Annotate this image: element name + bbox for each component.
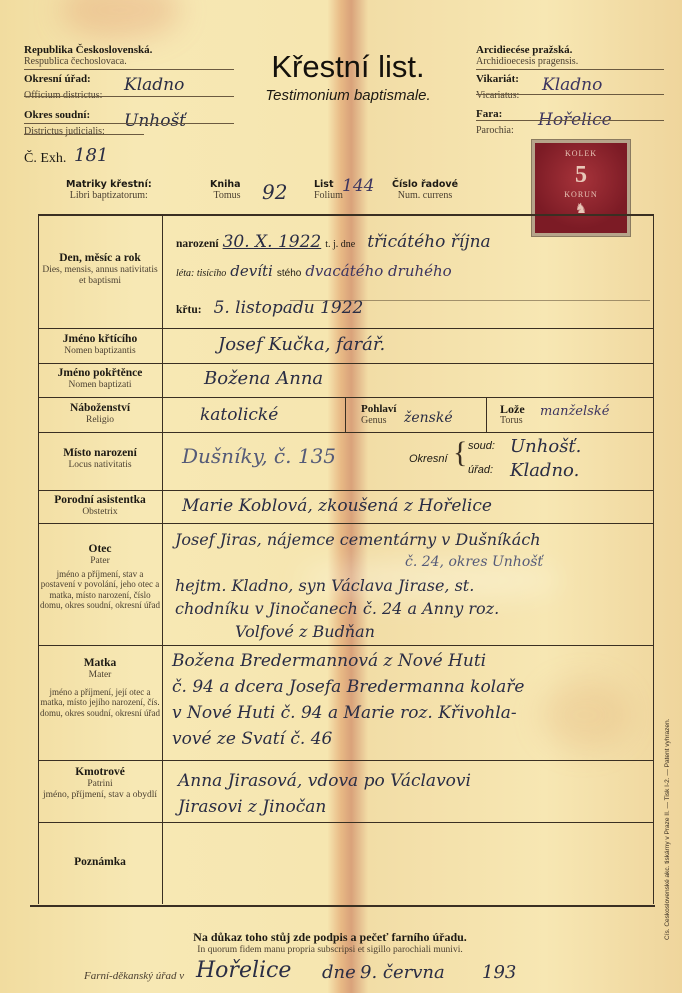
vicariate-label-latin: Vicariatus: [476, 90, 519, 101]
baptism-value: 5. listopadu 1922 [214, 298, 364, 318]
mother-value: Božena Bredermannová z Nové Huti č. 94 a… [172, 648, 652, 752]
table-column-divider [162, 214, 163, 904]
year-value-a: devíti [230, 262, 273, 280]
midwife-label-cz: Porodní asistentka [40, 494, 160, 507]
midwife-value: Marie Koblová, zkoušená z Hořelice [182, 496, 492, 516]
birthplace-value: Dušníky, č. 135 [182, 444, 336, 468]
parish-office-label: Farní-děkanský úřad v [84, 970, 184, 982]
mother-label-cz: Matka [40, 657, 160, 670]
court-district-label-latin: Districtus judicialis: [24, 126, 105, 137]
registry-label-latin: Libri baptizatorum: [66, 190, 152, 201]
header-right: Arcidiecése pražská. Archidioecesis prag… [476, 44, 664, 138]
mother-row-label: Matka Mater jméno a příjmení, její otec … [40, 657, 160, 718]
district-office-value: Kladno [124, 75, 184, 95]
baptism-label: křtu: [176, 304, 202, 316]
date-label-latin: Dies, mensis, annus nativitatis et bapti… [40, 265, 160, 286]
father-label-desc: jméno a příjmení, stav a postavení v pov… [40, 569, 160, 611]
number-label-latin: Num. currens [392, 190, 458, 201]
godparents-row-label: Kmotrové Patrini jméno, příjmení, stav a… [40, 766, 160, 800]
book-label-latin: Tomus [210, 190, 241, 201]
godparents-line: Anna Jirasová, vdova po Václavovi [178, 768, 648, 794]
mother-line: vové ze Svatí č. 46 [172, 726, 652, 752]
table-right-border [653, 214, 654, 904]
republic-label-latin: Respublica čechoslovaca. [24, 56, 234, 67]
district-label: Okresní [409, 453, 448, 465]
godparents-label-latin: Patrini [40, 779, 160, 790]
father-label-cz: Otec [40, 543, 160, 556]
book-label: Kniha Tomus [210, 179, 241, 201]
mother-label-latin: Mater [40, 670, 160, 681]
baptized-row-label: Jméno pokřtěnce Nomen baptizati [40, 367, 160, 391]
birth-label: narození [176, 238, 219, 250]
attestation-cz: Na důkaz toho stůj zde podpis a pečeť fa… [60, 930, 600, 945]
baptizer-value: Josef Kučka, farář. [218, 334, 385, 355]
baptizer-label-cz: Jméno křtícího [40, 333, 160, 346]
baptizer-row-label: Jméno křtícího Nomen baptizantis [40, 333, 160, 357]
year-label-b: stého [277, 268, 301, 279]
signing-date-value: 9. června [360, 962, 445, 983]
parish-label-latin: Parochia: [476, 125, 514, 136]
archdiocese-label-latin: Archidioecesis pragensis. [476, 56, 664, 67]
header-left: Republika Československá. Respublica čec… [24, 44, 234, 167]
printer-imprint: Cís. Ceskoslovenské akc. tiskárny v Praz… [664, 610, 674, 940]
father-line: Josef Jiras, nájemce cementárny v Dušník… [175, 528, 650, 551]
exh-value: 181 [74, 145, 108, 166]
baptized-label-cz: Jméno pokřtěnce [40, 367, 160, 380]
book-label-cz: Kniha [210, 179, 241, 190]
baptized-label-latin: Nomen baptizati [40, 380, 160, 391]
father-line: chodníku v Jinočanech č. 24 a Anny roz. [175, 597, 650, 620]
stamp-value: 5 [535, 162, 627, 188]
birthplace-row-label: Místo narození Locus nativitatis [40, 447, 160, 471]
baptizer-label-latin: Nomen baptizantis [40, 346, 160, 357]
mother-line: č. 94 a dcera Josefa Bredermanna kolaře [172, 674, 652, 700]
father-line: Volfové z Budňan [175, 620, 650, 643]
year-value-b: dvacátého druhého [305, 262, 451, 280]
mother-label-desc: jméno a příjmení, její otec a matka, mís… [40, 687, 160, 719]
religion-row-label: Náboženství Religio [40, 402, 160, 426]
document-title: Křestní list. Testimonium baptismale. [228, 50, 468, 106]
table-left-border [38, 214, 39, 904]
signing-place-value: Hořelice [196, 958, 291, 983]
footer-attestation: Na důkaz toho stůj zde podpis a pečeť fa… [60, 930, 600, 955]
folio-value: 144 [342, 176, 374, 196]
godparents-label-desc: jméno, příjmení, stav a obydlí [40, 790, 160, 801]
father-value: Josef Jiras, nájemce cementárny v Dušník… [175, 528, 650, 643]
brace-icon: { [453, 438, 467, 468]
birthplace-label-cz: Místo narození [40, 447, 160, 460]
sex-label: Pohlaví Genus [361, 403, 396, 426]
father-line: hejtm. Kladno, syn Václava Jirase, st. [175, 574, 650, 597]
religion-label-cz: Náboženství [40, 402, 160, 415]
sex-label-latin: Genus [361, 415, 396, 426]
date-label: dne [322, 962, 356, 983]
bed-label-cz: Lože [500, 403, 525, 415]
registry-label: Matriky křestní: Libri baptizatorum: [66, 179, 152, 201]
number-label-cz: Číslo řadové [392, 179, 458, 190]
republic-label: Republika Československá. [24, 44, 234, 56]
religion-label-latin: Religio [40, 415, 160, 426]
registry-label-cz: Matriky křestní: [66, 179, 152, 190]
midwife-row-label: Porodní asistentka Obstetrix [40, 494, 160, 518]
office-label: úřad: [468, 464, 493, 476]
godparents-label-cz: Kmotrové [40, 766, 160, 779]
folio-label-latin: Folium [314, 190, 343, 201]
birthplace-label-latin: Locus nativitatis [40, 460, 160, 471]
godparents-line: Jirasovi z Jinočan [178, 794, 648, 820]
midwife-label-latin: Obstetrix [40, 507, 160, 518]
table-top-border [38, 214, 654, 216]
day-value: třicátého října [367, 232, 490, 252]
table-bottom-border [30, 905, 655, 907]
day-label: t. j. dne [325, 239, 355, 250]
sex-label-cz: Pohlaví [361, 403, 396, 415]
baptism-date-field: křtu: 5. listopadu 1922 [176, 298, 363, 318]
note-label-cz: Poznámka [40, 856, 160, 869]
mother-line: v Nové Huti č. 94 a Marie roz. Křivohla- [172, 700, 652, 726]
date-row-label: Den, měsíc a rok Dies, mensis, annus nat… [40, 252, 160, 286]
date-label-cz: Den, měsíc a rok [40, 252, 160, 265]
mother-line: Božena Bredermannová z Nové Huti [172, 648, 652, 674]
year-label-a: léta: tisícího [176, 268, 226, 279]
father-label-latin: Pater [40, 556, 160, 567]
office-value: Kladno. [510, 460, 579, 481]
printer-imprint-text: Cís. Ceskoslovenské akc. tiskárny v Praz… [664, 610, 671, 940]
bed-label-latin: Torus [500, 415, 525, 426]
court-district-value: Unhošť [124, 111, 186, 131]
note-row-label: Poznámka [40, 856, 160, 869]
title-main: Křestní list. [228, 50, 468, 84]
father-line: č. 24, okres Unhošť [175, 551, 650, 574]
folio-label: List Folium [314, 179, 343, 201]
court-label: soud: [468, 440, 495, 452]
title-sub: Testimonium baptismale. [228, 86, 468, 106]
archdiocese-label: Arcidiecése pražská. [476, 44, 664, 56]
paper-stain [60, 0, 180, 40]
birth-date-field: narození 30. X. 1922 t. j. dne třicátého… [176, 232, 491, 252]
bed-value: manželské [540, 404, 609, 419]
court-value: Unhošť. [510, 436, 581, 457]
exh-label: Č. Exh. [24, 151, 66, 166]
attestation-latin: In quorum fidem manu propria subscripsi … [60, 945, 600, 955]
revenue-stamp: KOLEK 5 KORUN ♞ [532, 140, 630, 236]
father-row-label: Otec Pater jméno a příjmení, stav a post… [40, 543, 160, 611]
bed-label: Lože Torus [500, 403, 525, 426]
vicariate-value: Kladno [542, 75, 602, 95]
stamp-currency: KORUN [535, 190, 627, 199]
year-field: léta: tisícího devíti stého dvacátého dr… [176, 262, 452, 281]
baptized-value: Božena Anna [204, 368, 323, 389]
book-value: 92 [262, 180, 287, 204]
signing-year-value: 193 [482, 962, 516, 983]
stamp-top-text: KOLEK [535, 149, 627, 158]
godparents-value: Anna Jirasová, vdova po Václavovi Jiraso… [178, 768, 648, 820]
sex-value: ženské [404, 410, 453, 426]
number-label: Číslo řadové Num. currens [392, 179, 458, 201]
religion-value: katolické [200, 405, 278, 425]
birth-value: 30. X. 1922 [223, 232, 322, 252]
folio-label-cz: List [314, 179, 343, 190]
